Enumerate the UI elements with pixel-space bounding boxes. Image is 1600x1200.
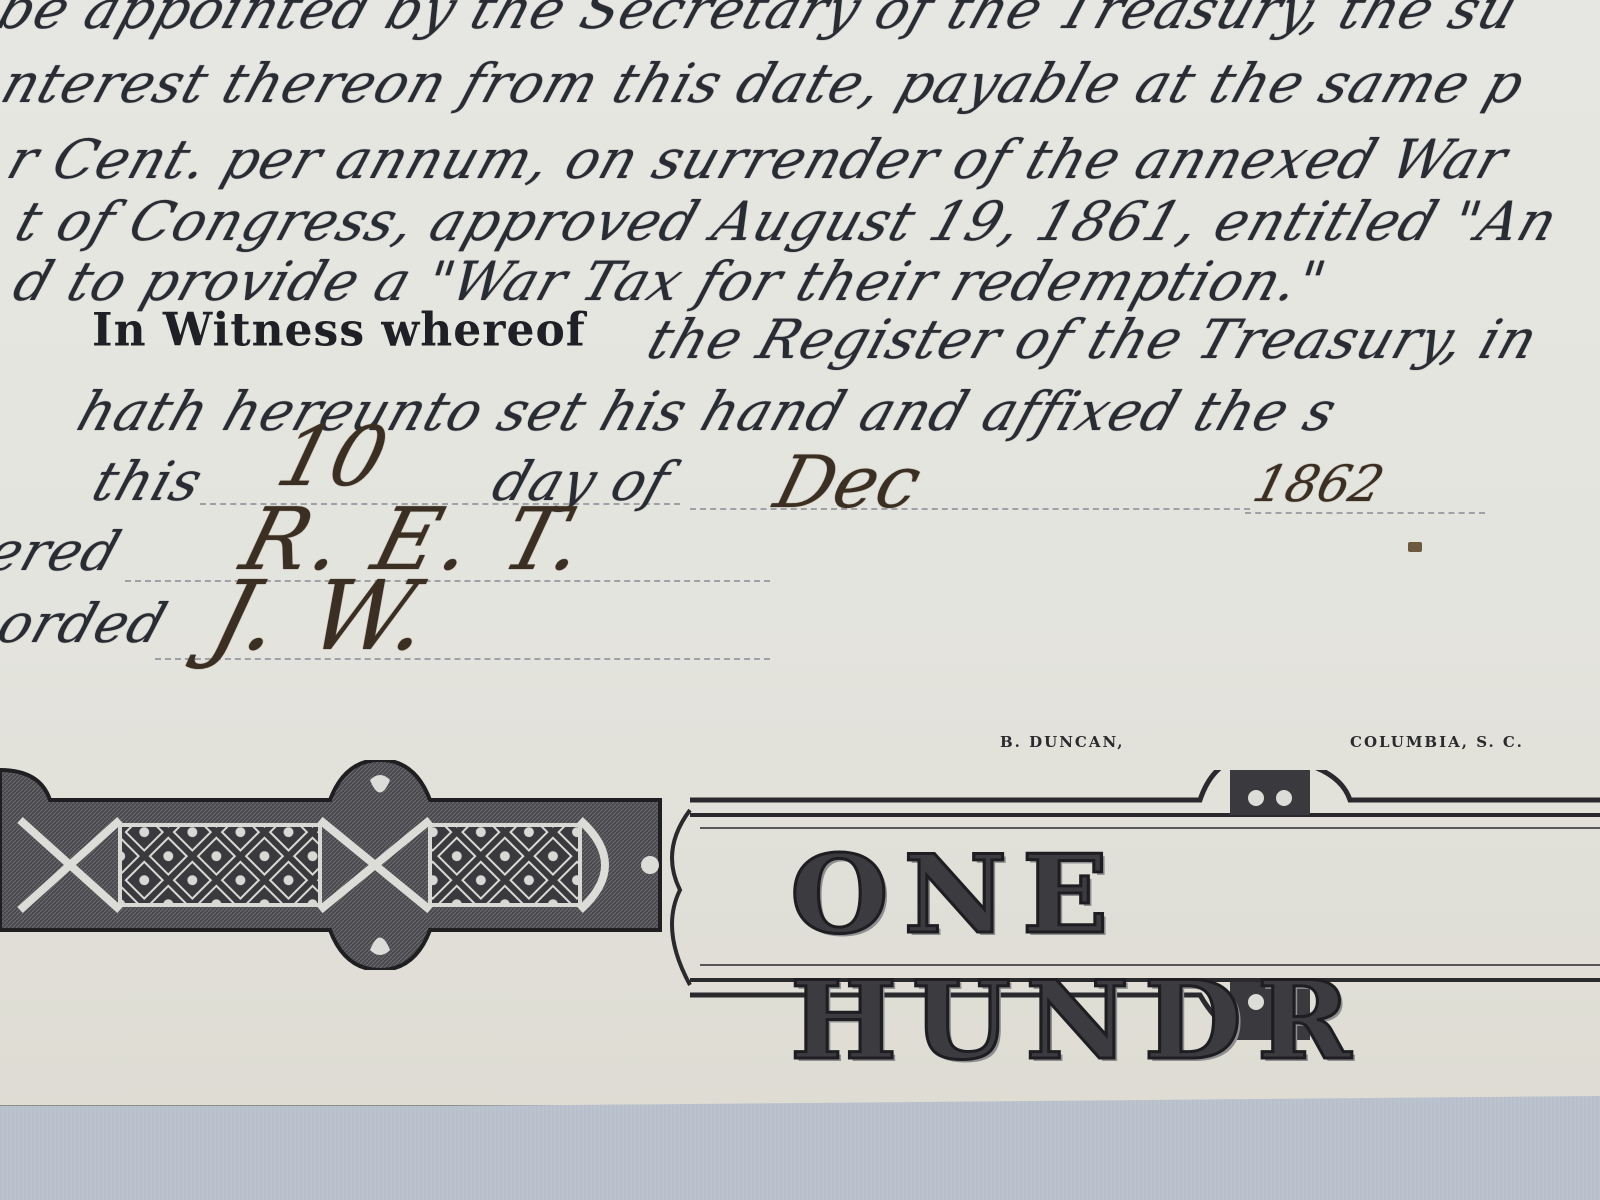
body-line-1: be appointed by the Secretary of the Tre… xyxy=(0,0,1526,41)
denomination-text: ONE HUNDR xyxy=(790,832,1600,1084)
handwritten-year: 1862 xyxy=(1247,455,1390,513)
date-prefix: this xyxy=(85,450,211,513)
registered-label: ered xyxy=(0,520,129,583)
body-line-2: nterest thereon from this date, payable … xyxy=(0,52,1533,115)
witness-line-1: the Register of the Treasury, in xyxy=(640,308,1546,371)
handwritten-month: Dec xyxy=(767,440,930,524)
background-surface xyxy=(0,1090,1600,1200)
ornamental-border-band xyxy=(0,760,700,970)
recorded-signature: J. W. xyxy=(200,560,444,672)
paper-stain xyxy=(1408,542,1422,552)
recorded-label: orded xyxy=(0,592,175,655)
witness-line-2: hath hereunto set his hand and affixed t… xyxy=(70,380,1345,443)
printer-location: COLUMBIA, S. C. xyxy=(1350,733,1524,751)
witness-heading: In Witness whereof xyxy=(92,304,586,358)
body-line-4: t of Congress, approved August 19, 1861,… xyxy=(8,190,1566,253)
body-line-3: r Cent. per annum, on surrender of the a… xyxy=(0,128,1516,191)
printer-name: B. DUNCAN, xyxy=(1000,733,1124,751)
